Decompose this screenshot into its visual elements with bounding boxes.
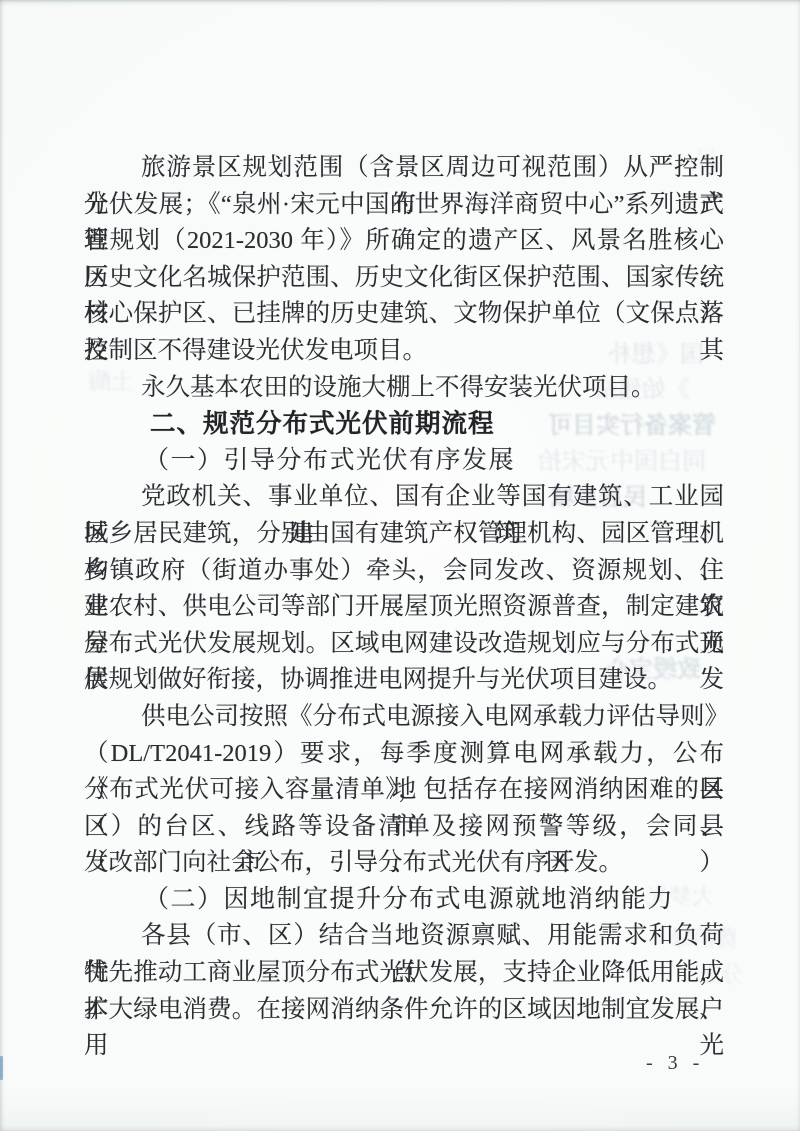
text-line: 供电公司按照《分布式电源接入电网承载力评估导则》 — [84, 699, 724, 736]
text-line: 理规划（2021-2030 年）》所确定的遗产区、风景名胜核心区、 — [84, 223, 724, 260]
text-line: 优先推动工商业屋顶分布式光伏发展，支持企业降低用能成本、 — [84, 955, 724, 992]
document-body: 旅游景区规划范围（含景区周边可视范围）从严控制分布式 光伏发展；《“泉州·宋元中… — [84, 150, 724, 1028]
text-line: 展规划做好衔接，协调推进电网提升与光伏项目建设。 — [84, 662, 724, 699]
text-line: （DL/T2041-2019）要求，每季度测算电网承载力，公布《地区 — [84, 736, 724, 773]
text-line: 分布式光伏发展规划。区域电网建设改造规划应与分布式光伏发 — [84, 626, 724, 663]
section-heading: 二、规范分布式光伏前期流程 — [84, 406, 724, 443]
text-line: 乡镇政府（街道办事处）牵头，会同发改、资源规划、住建、农 — [84, 553, 724, 590]
text-line: 旅游景区规划范围（含景区周边可视范围）从严控制分布式 — [84, 150, 724, 187]
scan-edge-mark — [0, 1056, 3, 1080]
page-number: - 3 - — [646, 1052, 704, 1075]
text-line: 业农村、供电公司等部门开展屋顶光照资源普查，制定建筑屋顶 — [84, 589, 724, 626]
subsection-heading: （二）因地制宜提升分布式电源就地消纳能力 — [84, 882, 724, 919]
subsection-heading: （一）引导分布式光伏有序发展 — [84, 443, 724, 480]
text-line: 核心保护区、已挂牌的历史建筑、文物保护单位（文保点）及其 — [84, 296, 724, 333]
text-line: 区）的台区、线路等设备清单及接网预警等级，会同县（市、区） — [84, 809, 724, 846]
document-page: 居 国《想朴 》始建站 管案备行实目可 同白国中元宋抬 民居乡城 土酶 致绶宝心… — [0, 0, 800, 1131]
text-line: 光伏发展；《“泉州·宋元中国的世界海洋商贸中心”系列遗产管 — [84, 187, 724, 224]
text-line: 各县（市、区）结合当地资源禀赋、用能需求和负荷特点， — [84, 918, 724, 955]
text-line: 城乡居民建筑，分别由国有建筑产权管理机构、园区管理机构、 — [84, 516, 724, 553]
text-line: 党政机关、事业单位、国有企业等国有建筑、工业园区建筑、 — [84, 479, 724, 516]
text-line: 分布式光伏可接入容量清单》，包括存在接网消纳困难的县（市、 — [84, 772, 724, 809]
text-line: 历史文化名城保护范围、历史文化街区保护范围、国家传统村落 — [84, 260, 724, 297]
text-line: 扩大绿电消费。在接网消纳条件允许的区域因地制宜发展户用光 — [84, 992, 724, 1029]
text-line: 永久基本农田的设施大棚上不得安装光伏项目。 — [84, 370, 724, 407]
